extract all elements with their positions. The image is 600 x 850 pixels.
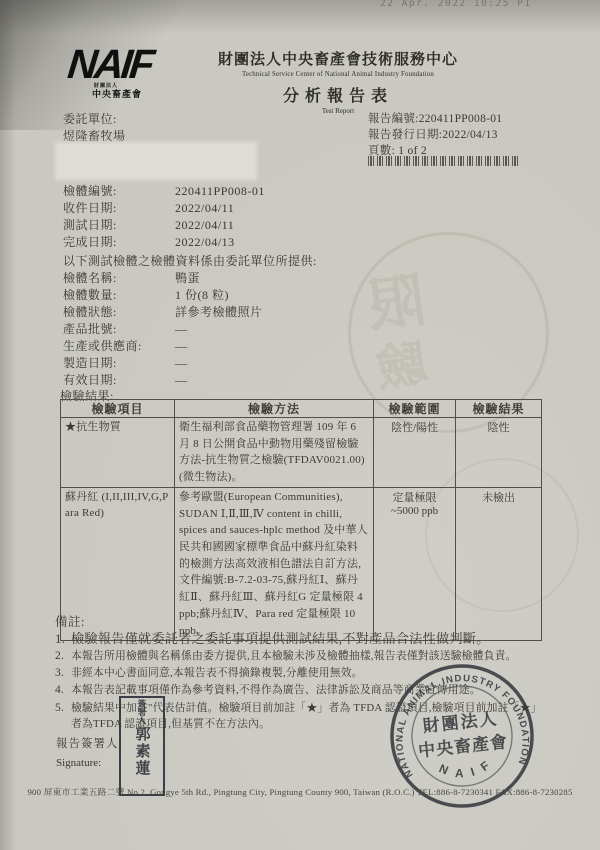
organization-name-en: Technical Service Center of National Ani…	[188, 71, 488, 78]
report-title-zh: 分析報告表	[188, 83, 488, 106]
naif-logo: NAIF 財團法人 中央畜產會	[68, 44, 198, 99]
col-test-item: 檢驗項目	[61, 400, 175, 418]
col-test-range: 檢驗範圍	[374, 400, 456, 418]
sample-quantity-row: 檢體數量:1 份(8 粒)	[63, 286, 229, 303]
manufacture-date-row: 製造日期:—	[63, 354, 188, 371]
naif-logo-subtitle: 中央畜產會	[68, 89, 198, 99]
naif-logo-text: NAIF	[66, 44, 200, 84]
scanned-test-report: { "fax_line": "22 Apr. 2022 10:25 P1", "…	[0, 0, 600, 850]
fax-header-text: 22 Apr. 2022 10:25 P1	[380, 0, 532, 9]
sample-number-row: 檢體編號:220411PP008-01	[63, 182, 265, 199]
antibiotics-result-cell: 陰性	[456, 418, 542, 488]
sample-data-provided-note: 以下測試檢體之檢體資料係由委託單位所提供:	[63, 252, 317, 269]
photo-shadow-left	[0, 0, 16, 850]
organization-name-zh: 財團法人中央畜產會技術服務中心	[188, 48, 488, 69]
report-issue-date-row: 報告發行日期:2022/04/13	[368, 126, 498, 142]
note-item-1: 1.檢驗報告僅就委託者之委託事項提供測試結果,不對產品合法性做判斷。	[55, 630, 551, 648]
producer-supplier-row: 生產或供應商:—	[63, 337, 188, 354]
antibiotics-range-cell: 陰性/陽性	[374, 418, 456, 488]
antibiotics-item-cell: ★抗生物質	[61, 418, 175, 488]
signer-name-seal: 簽署人 郭素蓮	[119, 696, 165, 796]
antibiotics-method-cell: 衛生福利部食品藥物管理署 109 年 6 月 8 日公開食品中動物用藥殘留檢驗方…	[175, 418, 374, 488]
redacted-address-box	[57, 144, 255, 178]
product-lot-row: 產品批號:—	[63, 320, 188, 337]
col-test-result: 檢驗結果	[456, 400, 542, 418]
signer-seal-role: 簽署人	[137, 699, 147, 725]
test-date-row: 測試日期:2022/04/11	[63, 216, 234, 233]
stamp-center-line1: 財團法人	[422, 708, 500, 736]
report-header: 財團法人中央畜產會技術服務中心 Technical Service Center…	[188, 48, 488, 115]
client-name: 煜隆畜牧場	[63, 127, 126, 144]
sample-condition-row: 檢體狀態:詳參考檢體照片	[63, 303, 263, 320]
completion-date-row: 完成日期:2022/04/13	[63, 233, 235, 250]
expiry-date-row: 有效日期:—	[63, 371, 188, 388]
sample-name-row: 檢體名稱:鴨蛋	[63, 269, 200, 286]
stamp-bleed-glyph-2: 驗	[371, 323, 431, 401]
results-header-row: 檢驗項目 檢驗方法 檢驗範圍 檢驗結果	[61, 400, 542, 418]
col-test-method: 檢驗方法	[175, 400, 374, 418]
received-date-row: 收件日期:2022/04/11	[63, 199, 234, 216]
client-label: 委託單位:	[63, 110, 117, 127]
notes-title: 備註:	[55, 612, 551, 630]
barcode	[368, 156, 520, 166]
report-signer-label-en: Signature:	[56, 757, 101, 769]
signer-seal-name: 郭素蓮	[132, 726, 153, 777]
report-signer-label-zh: 報告簽署人:	[56, 735, 123, 751]
table-row: ★抗生物質 衛生福利部食品藥物管理署 109 年 6 月 8 日公開食品中動物用…	[61, 418, 542, 488]
results-table: 檢驗項目 檢驗方法 檢驗範圍 檢驗結果 ★抗生物質 衛生福利部食品藥物管理署 1…	[60, 399, 542, 641]
stamp-center-line2: 中央畜產會	[417, 731, 509, 760]
stamp-bleed-glyph-1: 限	[360, 252, 429, 343]
footer-address: 900 屏東市工業五路二號 No.2, Gongye 5th Rd., Ping…	[0, 785, 600, 798]
report-number-row: 報告編號:220411PP008-01	[368, 110, 502, 126]
